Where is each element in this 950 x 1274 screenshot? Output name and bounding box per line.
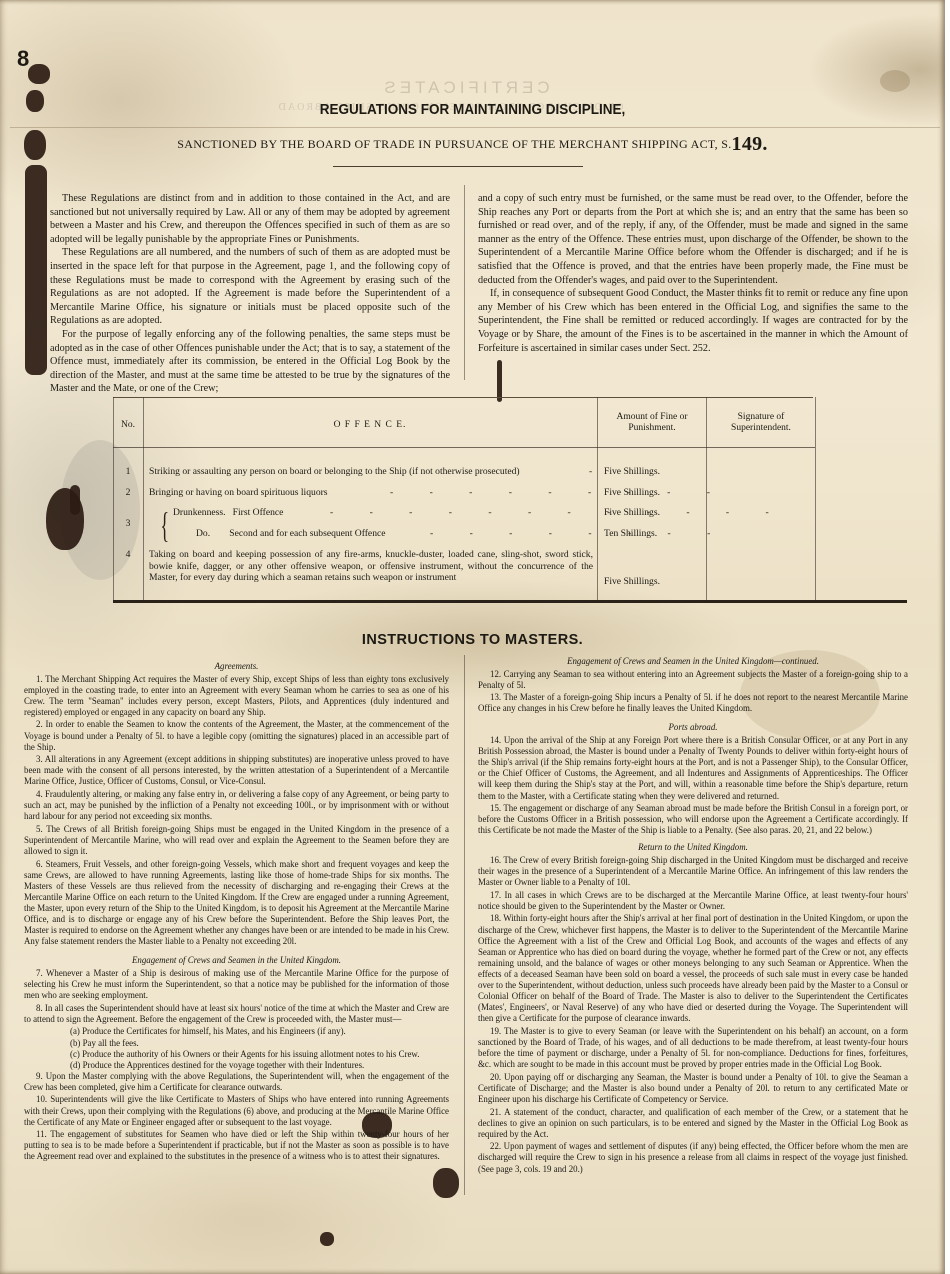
section-heading: Agreements. [24,661,449,672]
table-border [597,397,598,601]
scan-edge [945,0,950,1274]
page-subtitle: SANCTIONED BY THE BOARD OF TRADE IN PURS… [0,133,945,156]
table-top-rule [113,397,813,398]
brace: { [160,507,169,543]
ink-blot [320,1232,334,1246]
leader-dots: - - - - - - - - - - - - [330,507,786,519]
ink-blot [26,90,44,112]
ink-blot [25,165,47,375]
instruction-item: 8. In all cases the Superintendent shoul… [24,1003,449,1025]
instructions-right-column: Engagement of Crews and Seamen in the Un… [478,656,908,1176]
instruction-item: 14. Upon the arrival of the Ship at any … [478,735,908,802]
section-heading: Engagement of Crews and Seamen in the Un… [478,656,908,667]
regulations-intro-right: and a copy of such entry must be furnish… [478,192,908,355]
ink-blot [70,485,80,515]
instructions-title: INSTRUCTIONS TO MASTERS. [0,632,945,648]
instruction-item: 18. Within forty-eight hours after the S… [478,913,908,1024]
section-heading: Ports abroad. [478,722,908,733]
table-border [706,397,707,601]
instruction-subitem: (a) Produce the Certificates for himself… [24,1026,449,1037]
column-divider [464,185,465,380]
instruction-item: 10. Superintendents will give the like C… [24,1094,449,1127]
instruction-item: 17. In all cases in which Crews are to b… [478,890,908,912]
row-offence: Do. Second and for each subsequent Offen… [196,528,386,540]
section-number: 149. [732,133,768,155]
table-bottom-rule [113,600,907,603]
instruction-item: 13. The Master of a foreign-going Ship i… [478,692,908,714]
row-amount: Five Shillings. [604,487,660,499]
row-number: 3 [113,518,143,530]
row-number: 4 [113,549,143,561]
table-border [815,397,816,601]
leader-dash: - [589,466,592,478]
intro-paragraph: If, in consequence of subsequent Good Co… [478,287,908,355]
intro-paragraph: For the purpose of legally enforcing any… [50,328,450,396]
table-header-rule [113,447,815,448]
intro-paragraph: These Regulations are all numbered, and … [50,246,450,328]
row-offence: Striking or assaulting any person on boa… [149,466,520,478]
bleed-through-text: CERTIFICATES [190,78,740,98]
instruction-item: 21. A statement of the conduct, characte… [478,1107,908,1140]
instruction-subitem: (c) Produce the authority of his Owners … [24,1049,449,1060]
instruction-item: 1. The Merchant Shipping Act requires th… [24,674,449,718]
row-offence: Drunkenness. First Offence [173,507,283,519]
row-number: 2 [113,487,143,499]
header-offence: O F F E N C E. [143,420,597,431]
ink-blot [433,1168,459,1198]
row-amount: Ten Shillings. [604,528,657,540]
intro-paragraph: These Regulations are distinct from and … [50,192,450,246]
instruction-item: 5. The Crews of all British foreign-goin… [24,824,449,857]
divider-rule [333,166,583,167]
page-number: 8 [17,46,29,72]
header-no: No. [113,420,143,431]
page-title: REGULATIONS FOR MAINTAINING DISCIPLINE, [47,101,898,118]
regulations-intro-left: These Regulations are distinct from and … [50,192,450,396]
instruction-item: 2. In order to enable the Seamen to know… [24,719,449,752]
instruction-item: 11. The engagement of substitutes for Se… [24,1129,449,1162]
instructions-left-column: Agreements. 1. The Merchant Shipping Act… [24,661,449,1164]
instruction-item: 16. The Crew of every British foreign-go… [478,855,908,888]
row-offence: Taking on board and keeping possession o… [149,549,593,584]
instruction-item: 19. The Master is to give to every Seama… [478,1026,908,1070]
row-number: 1 [113,466,143,478]
header-signature: Signature of Superintendent. [714,412,808,434]
section-heading: Return to the United Kingdom. [478,842,908,853]
row-amount: Five Shillings. [604,466,660,478]
stain [880,70,910,92]
instruction-subitem: (b) Pay all the fees. [24,1038,449,1049]
instruction-item: 7. Whenever a Master of a Ship is desiro… [24,968,449,1001]
subtitle-text: SANCTIONED BY THE BOARD OF TRADE IN PURS… [177,137,731,151]
instruction-item: 22. Upon payment of wages and settlement… [478,1141,908,1174]
header-amount: Amount of Fine or Punishment. [610,412,694,434]
row-amount: Five Shillings. [604,507,660,519]
instruction-item: 9. Upon the Master complying with the ab… [24,1071,449,1093]
instruction-item: 20. Upon paying off or discharging any S… [478,1072,908,1105]
leader-dots: - - - - - - - - [430,528,727,540]
intro-paragraph: and a copy of such entry must be furnish… [478,192,908,287]
instruction-item: 6. Steamers, Fruit Vessels, and other fo… [24,859,449,948]
section-heading: Engagement of Crews and Seamen in the Un… [24,955,449,966]
instruction-item: 3. All alterations in any Agreement (exc… [24,754,449,787]
instruction-item: 15. The engagement or discharge of any S… [478,803,908,836]
ink-blot [28,64,50,84]
row-amount: Five Shillings. [604,576,660,588]
fold-line [10,127,940,128]
ink-blot [497,360,502,402]
leader-dots: - - - - - - - - - [390,487,727,499]
instruction-item: 12. Carrying any Seaman to sea without e… [478,669,908,691]
column-divider [464,655,465,1195]
instruction-item: 4. Fraudulently altering, or making any … [24,789,449,822]
row-offence: Bringing or having on board spirituous l… [149,487,328,499]
instruction-subitem: (d) Produce the Apprentices destined for… [24,1060,449,1071]
